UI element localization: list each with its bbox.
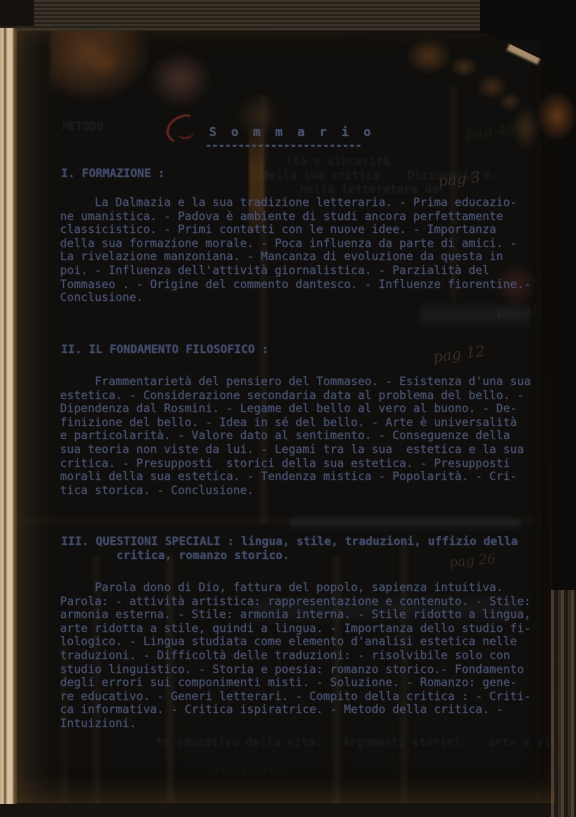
section-body-formazione: La Dalmazia e la sua tradizione letterar… bbox=[60, 196, 531, 305]
stain bbox=[512, 106, 540, 150]
page-title: S o m m a r i o bbox=[209, 125, 374, 139]
section-heading-fondamento-filosofico: II. IL FONDAMENTO FILOSOFICO : bbox=[61, 343, 269, 357]
stain bbox=[50, 27, 148, 99]
section-heading-formazione: I. FORMAZIONE : bbox=[61, 167, 165, 181]
handwritten-page-number: pag 26 bbox=[448, 551, 496, 571]
scanner-shadow-top-left bbox=[0, 0, 34, 26]
bleedthrough-text: METODO bbox=[62, 119, 104, 133]
stain bbox=[406, 38, 452, 74]
handwritten-page-number: pag 3 bbox=[437, 168, 481, 190]
crease bbox=[20, 516, 535, 526]
stain bbox=[148, 50, 212, 108]
bleedthrough-smudge bbox=[290, 515, 520, 531]
book-bottom-edge bbox=[0, 803, 576, 817]
stain bbox=[476, 74, 508, 100]
stain bbox=[86, 48, 122, 78]
bleedthrough-text: ltà e sincerità - bbox=[286, 154, 404, 168]
section-body-questioni-speciali: Parola dono di Dio, fattura del popolo, … bbox=[60, 581, 531, 731]
section-body-fondamento-filosofico: Frammentarietà del pensiero del Tommaseo… bbox=[60, 375, 531, 497]
bleedthrough-handwriting: pag 45 bbox=[465, 122, 515, 143]
title-underline: ------------------------ bbox=[205, 139, 362, 153]
bleedthrough-text: ............ bbox=[206, 760, 289, 774]
corner-fold bbox=[507, 37, 544, 64]
stain bbox=[498, 92, 522, 112]
bleedthrough-text: nella letteratura da- bbox=[300, 182, 445, 196]
handwritten-page-number: pag 12 bbox=[432, 342, 486, 366]
scanned-document: METODO ltà e sincerità - della sua criti… bbox=[0, 0, 576, 817]
red-ink-mark bbox=[163, 111, 202, 146]
stain bbox=[450, 56, 478, 78]
bleedthrough-text: to educativo della vita. - Argomenti sto… bbox=[156, 735, 576, 749]
bleedthrough-handwriting: pag 31 bbox=[497, 303, 539, 320]
document-page: METODO ltà e sincerità - della sua criti… bbox=[0, 0, 576, 817]
